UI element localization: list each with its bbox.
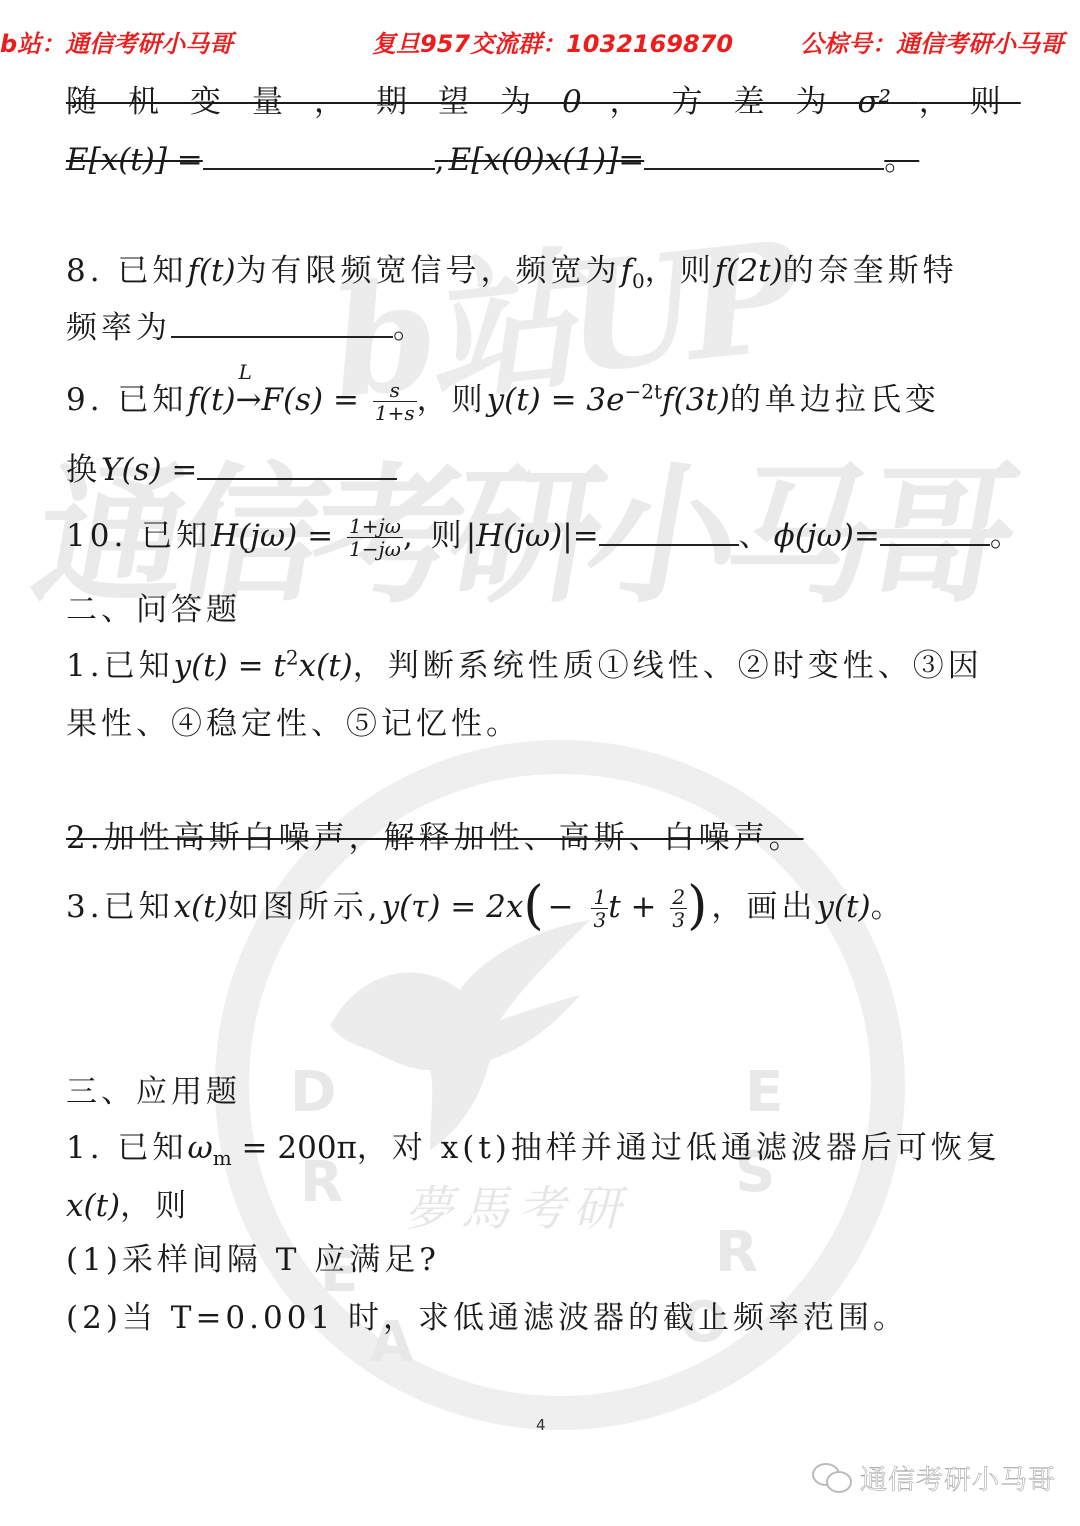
math-expr: y(t) = 3e bbox=[487, 382, 625, 418]
q7-line1: 随机变量，期望为0 ，方差为σ² ，则 bbox=[66, 76, 1021, 121]
qq-group-label: 复旦957交流群：1032169870 bbox=[372, 24, 733, 59]
s3-q1-sub2: (2)当 T=0.001 时，求低通滤波器的截止频率范围。 bbox=[66, 1292, 908, 1337]
exponent: 2 bbox=[286, 646, 299, 670]
math-expr: H(jω) = bbox=[211, 518, 333, 554]
section3-title: 三、应用题 bbox=[66, 1066, 241, 1111]
math-expr: = 200π bbox=[232, 1130, 357, 1166]
q9-text: 换 bbox=[66, 452, 101, 488]
period: 。 bbox=[871, 889, 906, 925]
q7-variance: σ² bbox=[857, 84, 891, 120]
minus-sign: − bbox=[548, 889, 578, 925]
numerator: s bbox=[373, 379, 417, 402]
s3-q1-sub1: (1)采样间隔 T 应满足? bbox=[66, 1234, 440, 1279]
q9-line1: 9. 已知f(t)L→F(s) = s1+s，则y(t) = 3e−2tf(3t… bbox=[66, 374, 940, 424]
q10-line: 10. 已知H(jω) = 1+jω1−jω, 则|H(jω)|=、ϕ(jω)=… bbox=[66, 510, 1025, 560]
q10-number: 10. 已知 bbox=[66, 518, 211, 554]
q7-line2: E[x(t)] =,E[x(0)x(1)]=。 bbox=[66, 134, 919, 179]
answer-blank[interactable] bbox=[203, 140, 435, 170]
fraction: s1+s bbox=[373, 379, 417, 424]
answer-blank[interactable] bbox=[171, 308, 393, 338]
fraction: 23 bbox=[670, 886, 687, 931]
wechat-account-badge: 通信考研小马哥 bbox=[812, 1458, 1056, 1497]
q7-mean: 0 bbox=[562, 84, 582, 120]
s2-q3-text: 如图所示, bbox=[228, 889, 382, 925]
public-account-label: 公棕号：通信考研小马哥 bbox=[800, 24, 1064, 59]
math-expr: x(t) bbox=[66, 1188, 120, 1224]
separator: , bbox=[435, 142, 449, 178]
s2-q1-text: ，判断系统性质①线性、②时变性、③因 bbox=[353, 648, 983, 684]
q8-text: 为有限频宽信号，频宽为 bbox=[236, 253, 621, 289]
q9-text: ，则 bbox=[417, 382, 487, 418]
s2-q1-line1: 1.已知y(t) = t2x(t)，判断系统性质①线性、②时变性、③因 bbox=[66, 640, 983, 685]
s3-q1-line2: x(t)，则 bbox=[66, 1180, 190, 1225]
math-expr: f(t) bbox=[187, 382, 235, 418]
q7-expr-corr: E[x(0)x(1)]= bbox=[449, 142, 645, 178]
numerator: 1 bbox=[591, 886, 608, 909]
seal-text: 夢馬考研 bbox=[405, 1170, 629, 1239]
seal-letter: E bbox=[745, 1060, 783, 1125]
q9-text: 的单边拉氏变 bbox=[730, 382, 940, 418]
math-expr: f bbox=[621, 253, 632, 289]
math-expr: f(3t) bbox=[662, 382, 730, 418]
math-expr: F(s) = bbox=[262, 382, 359, 418]
q8-text: 的奈奎斯特 bbox=[783, 253, 958, 289]
seal-letter: D bbox=[290, 1060, 336, 1125]
q7-expr-mean: E[x(t)] = bbox=[66, 142, 203, 178]
numerator: 1+jω bbox=[347, 515, 403, 538]
q9-line2: 换Y(s) = bbox=[66, 444, 397, 489]
denominator: 1−jω bbox=[347, 538, 403, 560]
arrow-icon: → bbox=[236, 382, 262, 418]
denominator: 3 bbox=[591, 909, 608, 931]
q7-text: 随机变量，期望为 bbox=[66, 84, 562, 120]
math-expr: y(τ) = 2x bbox=[382, 889, 524, 925]
fraction: 13 bbox=[591, 886, 608, 931]
math-expr: |H(jω)|= bbox=[466, 518, 599, 554]
s3-q1-text: ，对 x(t)抽样并通过低通滤波器后可恢复 bbox=[357, 1130, 1001, 1166]
fraction: 1+jω1−jω bbox=[347, 515, 403, 560]
s2-q3-text: ，画出 bbox=[711, 889, 816, 925]
wechat-account-name: 通信考研小马哥 bbox=[860, 1458, 1056, 1497]
separator: 、 bbox=[739, 518, 774, 554]
math-expr: x(t) bbox=[174, 889, 228, 925]
laplace-arrow: L→ bbox=[236, 382, 262, 418]
math-expr: y(t) = t bbox=[174, 648, 286, 684]
q8-text: ，则 bbox=[645, 253, 715, 289]
bilibili-channel-label: b站：通信考研小马哥 bbox=[0, 24, 233, 59]
page-number: 4 bbox=[536, 1416, 546, 1434]
s2-q1-line2: 果性、④稳定性、⑤记忆性。 bbox=[66, 698, 521, 743]
s3-q1-line1: 1. 已知ωm = 200π，对 x(t)抽样并通过低通滤波器后可恢复 bbox=[66, 1122, 1001, 1170]
answer-blank[interactable] bbox=[197, 450, 397, 480]
subscript: m bbox=[213, 1146, 232, 1170]
arrow-label: L bbox=[239, 360, 252, 384]
q8-line2: 频率为。 bbox=[66, 302, 428, 347]
s3-q1-text: ，则 bbox=[120, 1188, 190, 1224]
denominator: 3 bbox=[670, 909, 687, 931]
q8-text: 频率为 bbox=[66, 310, 171, 346]
subscript: 0 bbox=[632, 269, 645, 293]
answer-blank[interactable] bbox=[599, 516, 739, 546]
s2-q2-line: 2.加性高斯白噪声，解释加性、高斯、白噪声。 bbox=[66, 812, 804, 857]
s3-q1-number: 1. 已知 bbox=[66, 1130, 187, 1166]
q7-text: ，则 bbox=[919, 84, 1021, 120]
q7-text: ，方差为 bbox=[609, 84, 857, 120]
answer-blank[interactable] bbox=[880, 516, 990, 546]
period: 。 bbox=[884, 142, 919, 178]
seal-letter: R bbox=[715, 1220, 758, 1285]
math-expr: x(t) bbox=[299, 648, 353, 684]
right-paren: ) bbox=[687, 876, 711, 936]
math-expr: Y(s) = bbox=[101, 452, 197, 488]
denominator: 1+s bbox=[373, 402, 417, 424]
section2-title: 二、问答题 bbox=[66, 584, 241, 629]
answer-blank[interactable] bbox=[644, 140, 884, 170]
q10-text: , 则 bbox=[403, 518, 466, 554]
math-expr: ω bbox=[187, 1130, 212, 1166]
q8-line1: 8. 已知f(t)为有限频宽信号，频宽为f0，则f(2t)的奈奎斯特 bbox=[66, 245, 958, 293]
pegasus-icon bbox=[230, 900, 630, 1160]
period: 。 bbox=[990, 518, 1025, 554]
numerator: 2 bbox=[670, 886, 687, 909]
s2-q3-number: 3.已知 bbox=[66, 889, 174, 925]
s2-q1-number: 1.已知 bbox=[66, 648, 174, 684]
left-paren: ( bbox=[523, 876, 547, 936]
wechat-icon bbox=[812, 1463, 852, 1493]
q9-number: 9. 已知 bbox=[66, 382, 187, 418]
promo-header: b站：通信考研小马哥 复旦957交流群：1032169870 公棕号：通信考研小… bbox=[0, 24, 1080, 60]
math-expr: ϕ(jω)= bbox=[774, 518, 880, 554]
math-expr: t + bbox=[608, 889, 656, 925]
exponent: −2t bbox=[625, 380, 663, 404]
math-expr: f(t) bbox=[187, 253, 235, 289]
s2-q3-line: 3.已知x(t)如图所示,y(τ) = 2x(− 13t + 23)，画出y(t… bbox=[66, 876, 906, 936]
period: 。 bbox=[393, 310, 428, 346]
q8-number: 8. 已知 bbox=[66, 253, 187, 289]
math-expr: f(2t) bbox=[715, 253, 783, 289]
math-expr: y(t) bbox=[816, 889, 870, 925]
